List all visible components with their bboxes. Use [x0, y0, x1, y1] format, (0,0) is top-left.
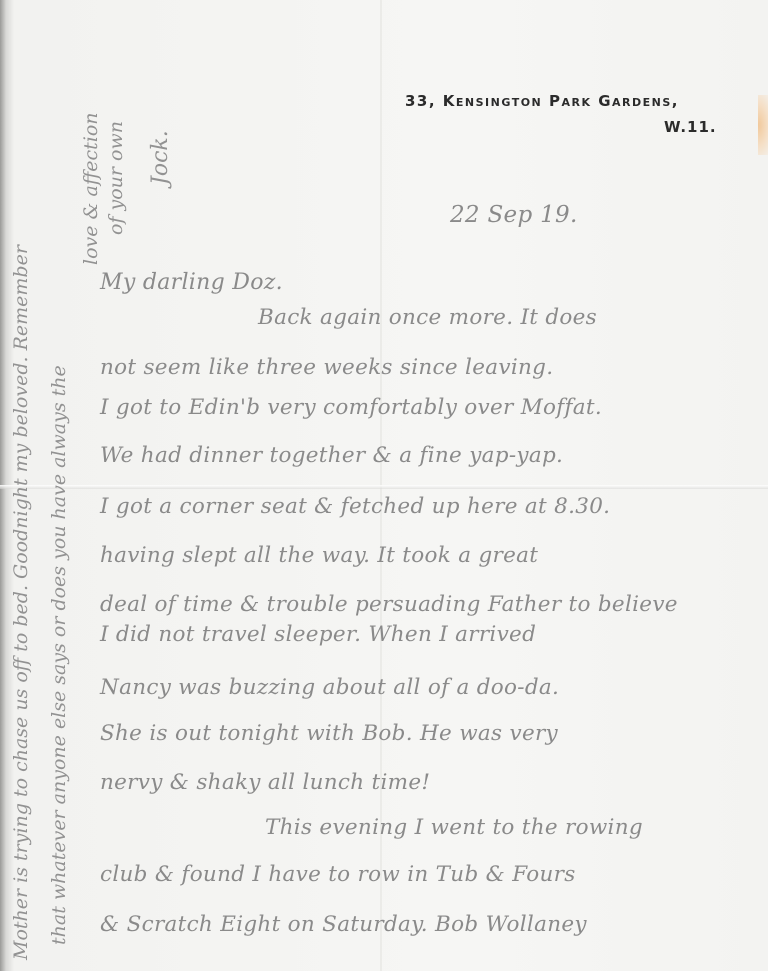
margin-note: love & affection: [80, 112, 102, 265]
body-line: Back again once more. It does: [258, 305, 597, 330]
letter-date: 22 Sep 19.: [450, 202, 578, 228]
paper-stain: [758, 95, 768, 155]
body-line: not seem like three weeks since leaving.: [100, 355, 553, 380]
margin-note: of your own: [105, 121, 127, 235]
body-line: I got to Edin'b very comfortably over Mo…: [100, 395, 602, 420]
paper-fold-horizontal: [0, 485, 768, 489]
body-line: Nancy was buzzing about all of a doo-da.: [100, 675, 559, 700]
body-line: I got a corner seat & fetched up here at…: [100, 494, 610, 519]
body-line: & Scratch Eight on Saturday. Bob Wollane…: [100, 912, 587, 937]
letterhead-address: 33, Kensington Park Gardens,: [405, 92, 679, 110]
body-line: This evening I went to the rowing: [265, 815, 643, 840]
margin-note: that whatever anyone else says or does y…: [48, 365, 70, 945]
margin-note: Mother is trying to chase us off to bed.…: [10, 245, 32, 960]
letterhead-postcode: W.11.: [664, 118, 717, 136]
body-line: I did not travel sleeper. When I arrived: [100, 622, 536, 647]
salutation: My darling Doz.: [100, 270, 283, 295]
body-line: deal of time & trouble persuading Father…: [100, 592, 678, 617]
signature: Jock.: [148, 130, 173, 185]
letter-page: 33, Kensington Park Gardens, W.11. 22 Se…: [0, 0, 768, 971]
body-line: having slept all the way. It took a grea…: [100, 543, 538, 568]
body-line: club & found I have to row in Tub & Four…: [100, 862, 576, 887]
body-line: We had dinner together & a fine yap-yap.: [100, 443, 563, 468]
body-line: She is out tonight with Bob. He was very: [100, 721, 558, 746]
body-line: nervy & shaky all lunch time!: [100, 770, 430, 795]
